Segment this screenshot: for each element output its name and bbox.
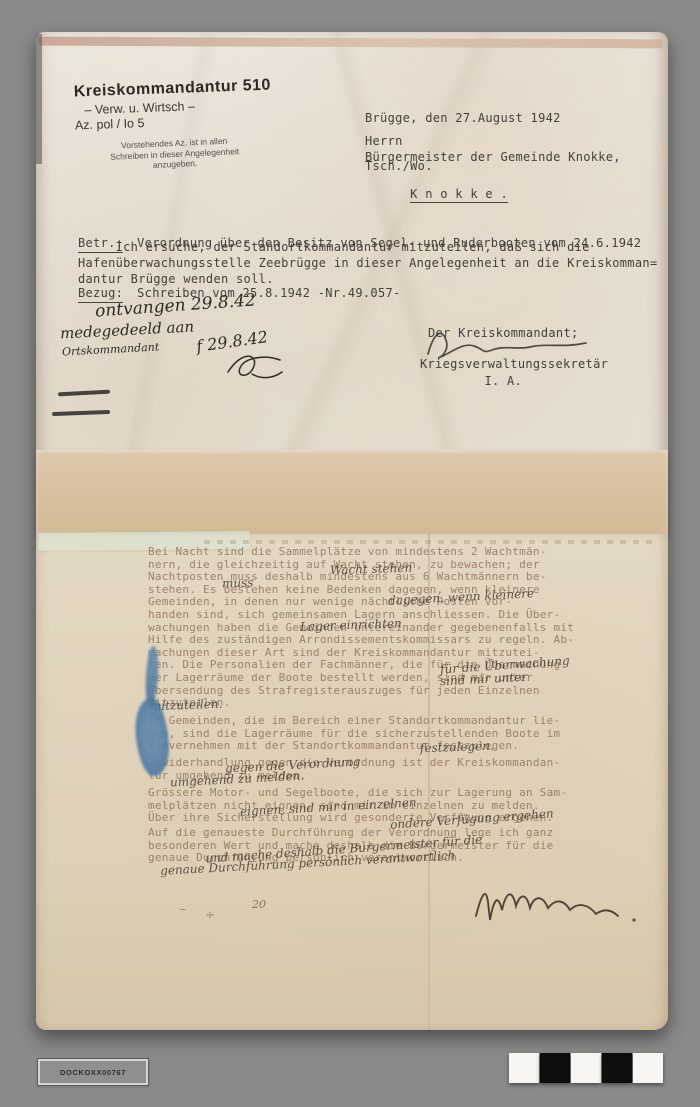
bottom-signature <box>466 872 651 934</box>
handwritten-noted2: Ortskommandant <box>62 340 160 358</box>
recipient-line: Bürgermeister der Gemeinde Knokke, <box>365 149 621 165</box>
carbon-line: tur umgehend zu melden. <box>148 770 653 783</box>
carbon-line: Nachtposten muss deshalb mindestens aus … <box>148 571 653 584</box>
letter-body: Ich ersuche, der Standortkommandantur mi… <box>78 239 657 287</box>
carbon-paragraph-2: In Gemeinden, die im Bereich einer Stand… <box>148 715 653 753</box>
body-line: Ich ersuche, der Standortkommandantur mi… <box>78 239 657 255</box>
strike-mark-1 <box>58 390 110 396</box>
carbon-line: Hilfe des zuständigen Arrondissementskom… <box>148 634 653 647</box>
scale-square <box>509 1053 539 1083</box>
paper-top-edge <box>39 37 663 49</box>
carbon-line: handen sind, sich gemeinsamen Lagern ans… <box>148 609 653 622</box>
catalog-label-plaque: DOCKOXX00767 <box>38 1059 148 1085</box>
carbon-paragraph-1: Bei Nacht sind die Sammelplätze von mind… <box>148 546 653 710</box>
recipient-block: HerrnBürgermeister der Gemeinde Knokke, <box>365 133 621 165</box>
carbon-line: Einvernehmen mit der Standortkommandantu… <box>148 740 653 753</box>
recipient-line: Herrn <box>365 133 621 149</box>
carbon-line: Zuwiderhandlung gegen die Verordnung ist… <box>148 757 653 770</box>
cutoff-text-row <box>204 540 656 544</box>
recipient-city-text: K n o k k e . <box>410 187 508 203</box>
photo-scale-bar <box>509 1053 663 1083</box>
carbon-line: In Gemeinden, die im Bereich einer Stand… <box>148 715 653 728</box>
sender-stamp-note: Vorstehendes Az. ist in allenSchreiben i… <box>75 134 273 174</box>
carbon-paragraph-4: Grössere Motor- und Segelboote, die sich… <box>148 787 653 825</box>
scale-square <box>602 1053 632 1083</box>
carbon-paragraph-3: Zuwiderhandlung gegen die Verordnung ist… <box>148 757 653 782</box>
carbon-line: mitzuteilen. <box>148 697 653 710</box>
body-line: dantur Brügge wenden soll. <box>78 271 657 287</box>
carbon-line: Auf die genaueste Durchführung der Veror… <box>148 827 653 840</box>
sender-stamp: Kreiskommandantur 510 – Verw. u. Wirtsch… <box>73 77 273 173</box>
catalog-number: DOCKOXX00767 <box>60 1068 126 1077</box>
carbon-line: der Lagerräume der Boote bestellt werden… <box>148 672 653 685</box>
closing-ia: I. A. <box>428 373 579 389</box>
scale-square <box>571 1053 601 1083</box>
carbon-line: genaue Durchführung persönlich verantwor… <box>148 852 653 865</box>
closing-role: Kriegsverwaltungssekretär <box>420 356 608 372</box>
place-date-line: Brügge, den 27.August 1942 <box>365 110 561 126</box>
strike-mark-2 <box>52 410 110 416</box>
archive-scan-page: Kreiskommandantur 510 – Verw. u. Wirtsch… <box>0 0 700 1107</box>
carbon-line: Bei Nacht sind die Sammelplätze von mind… <box>148 546 653 559</box>
paraph-signature <box>222 344 286 384</box>
body-line: Hafenüberwachungsstelle Zeebrügge in die… <box>78 255 657 271</box>
carbon-paragraph-5: Auf die genaueste Durchführung der Veror… <box>148 827 653 865</box>
paper-left-edge-shadow <box>36 34 42 164</box>
carbon-line: Über ihre Sicherstellung wird gesonderte… <box>148 812 653 825</box>
scale-square <box>633 1053 663 1083</box>
carbon-line: Grössere Motor- und Segelboote, die sich… <box>148 787 653 800</box>
folded-cover-band <box>36 450 668 534</box>
document-paper: Kreiskommandantur 510 – Verw. u. Wirtsch… <box>36 32 668 1030</box>
scale-square <box>540 1053 570 1083</box>
